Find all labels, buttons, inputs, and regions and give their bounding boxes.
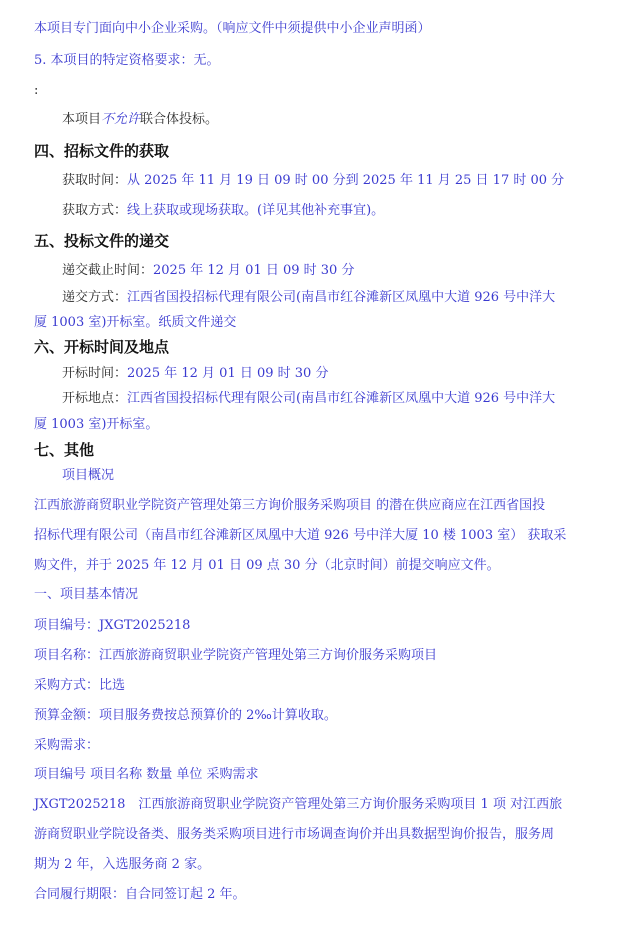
procurement-method: 采购方式：比选 <box>34 677 125 695</box>
consortium-emphasis: 不允许 <box>101 112 140 127</box>
opening-place-value: 江西省国投招标代理有限公司(南昌市红谷滩新区凤凰中大道 926 号中洋大 <box>127 391 555 406</box>
sme-note: 本项目专门面向中小企业采购。（响应文件中须提供中小企业声明函） <box>34 20 431 38</box>
submit-method-label: 递交方式： <box>62 290 127 305</box>
consortium-prefix: 本项目 <box>62 112 101 127</box>
acquire-method: 获取方式：线上获取或现场获取。(详见其他补充事宜)。 <box>62 202 384 220</box>
basic-info-heading: 一、项目基本情况 <box>34 586 138 604</box>
submit-deadline-value: 2025 年 12 月 01 日 09 时 30 分 <box>153 263 354 278</box>
budget-amount: 预算金额：项目服务费按总预算价的 2‰计算收取。 <box>34 707 337 725</box>
demand-table-row-2: 游商贸职业学院设备类、服务类采购项目进行市场调查询价并出具数据型询价报告，服务周 <box>34 826 554 844</box>
opening-place: 开标地点：江西省国投招标代理有限公司(南昌市红谷滩新区凤凰中大道 926 号中洋… <box>62 390 555 408</box>
project-name: 项目名称：江西旅游商贸职业学院资产管理处第三方询价服务采购项目 <box>34 647 437 665</box>
acquire-time-label: 获取时间： <box>62 173 127 188</box>
opening-time-label: 开标时间： <box>62 366 127 381</box>
project-number: 项目编号：JXGT2025218 <box>34 617 190 635</box>
opening-place-cont: 厦 1003 室)开标室。 <box>34 416 158 434</box>
submit-method-cont: 厦 1003 室)开标室。纸质文件递交 <box>34 314 236 332</box>
consortium-line: 本项目不允许联合体投标。 <box>62 111 218 129</box>
opening-time: 开标时间：2025 年 12 月 01 日 09 时 30 分 <box>62 365 328 383</box>
overview-line-2: 招标代理有限公司（南昌市红谷滩新区凤凰中大道 926 号中洋大厦 10 楼 10… <box>34 527 566 545</box>
overview-line-3: 购文件，并于 2025 年 12 月 01 日 09 点 30 分（北京时间）前… <box>34 557 500 575</box>
acquire-time: 获取时间：从 2025 年 11 月 19 日 09 时 00 分到 2025 … <box>62 172 564 190</box>
overview-line-1: 江西旅游商贸职业学院资产管理处第三方询价服务采购项目 的潜在供应商应在江西省国投 <box>34 497 545 515</box>
section-7-heading: 七、其他 <box>34 440 94 460</box>
demand-table-header: 项目编号 项目名称 数量 单位 采购需求 <box>34 766 259 784</box>
section-4-heading: 四、招标文件的获取 <box>34 141 169 161</box>
submit-deadline: 递交截止时间：2025 年 12 月 01 日 09 时 30 分 <box>62 262 354 280</box>
acquire-time-value: 从 2025 年 11 月 19 日 09 时 00 分到 2025 年 11 … <box>127 173 564 188</box>
opening-place-label: 开标地点： <box>62 391 127 406</box>
demand-label: 采购需求： <box>34 737 99 755</box>
submit-method: 递交方式：江西省国投招标代理有限公司(南昌市红谷滩新区凤凰中大道 926 号中洋… <box>62 289 555 307</box>
special-qualification: 5. 本项目的特定资格要求：无。 <box>34 52 220 70</box>
section-5-heading: 五、投标文件的递交 <box>34 231 169 251</box>
demand-table-row-1: JXGT2025218 江西旅游商贸职业学院资产管理处第三方询价服务采购项目 1… <box>34 796 562 814</box>
section-6-heading: 六、开标时间及地点 <box>34 337 169 357</box>
demand-table-row-3: 期为 2 年，入选服务商 2 家。 <box>34 856 210 874</box>
contract-term: 合同履行期限：自合同签订起 2 年。 <box>34 886 246 904</box>
acquire-method-label: 获取方式： <box>62 203 127 218</box>
opening-time-value: 2025 年 12 月 01 日 09 时 30 分 <box>127 366 328 381</box>
acquire-method-value: 线上获取或现场获取。(详见其他补充事宜)。 <box>127 203 384 218</box>
colon-line: : <box>34 82 38 100</box>
overview-label: 项目概况 <box>62 467 114 485</box>
submit-deadline-label: 递交截止时间： <box>62 263 153 278</box>
consortium-suffix: 联合体投标。 <box>140 112 218 127</box>
submit-method-value: 江西省国投招标代理有限公司(南昌市红谷滩新区凤凰中大道 926 号中洋大 <box>127 290 555 305</box>
